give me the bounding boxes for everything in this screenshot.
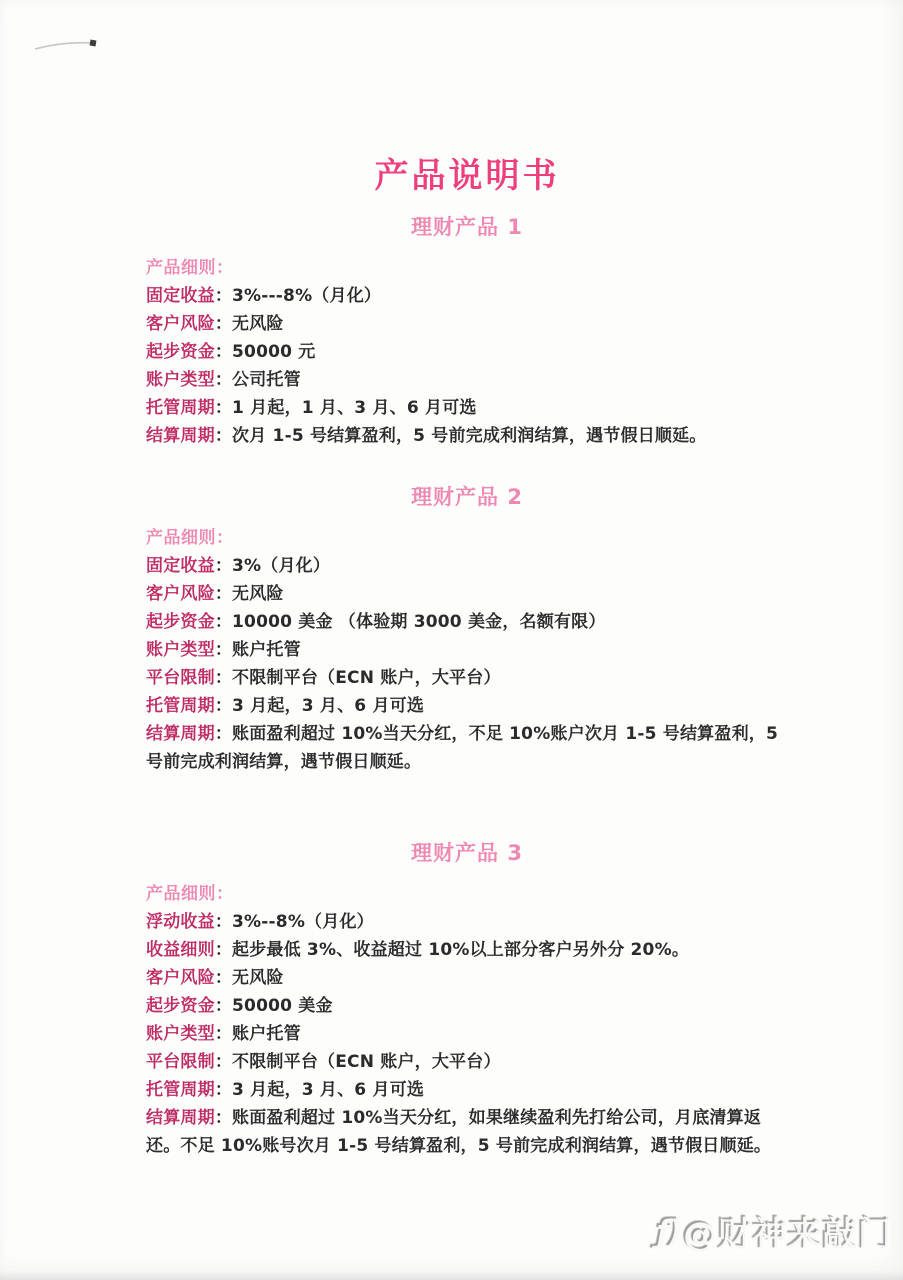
colon-separator: ： bbox=[215, 968, 232, 988]
colon-separator: ： bbox=[215, 314, 232, 334]
colon-separator: ： bbox=[215, 940, 232, 960]
spec-row: 账户类型：账户托管 bbox=[146, 636, 788, 664]
spec-value: 账户托管 bbox=[232, 640, 301, 660]
spec-label: 起步资金 bbox=[146, 342, 215, 362]
section-intro: 产品细则： bbox=[146, 524, 788, 552]
spec-row: 托管周期：3 月起，3 月、6 月可选 bbox=[146, 692, 788, 720]
spec-row: 收益细则：起步最低 3%、收益超过 10%以上部分客户另外分 20%。 bbox=[146, 936, 788, 964]
spec-row: 固定收益：3%---8%（月化） bbox=[146, 282, 788, 310]
spec-value: 10000 美金 （体验期 3000 美金，名额有限） bbox=[232, 612, 606, 632]
spec-value: 不限制平台（ECN 账户，大平台） bbox=[232, 1052, 501, 1072]
scan-scratch-artifact bbox=[32, 36, 106, 58]
spec-row: 起步资金：10000 美金 （体验期 3000 美金，名额有限） bbox=[146, 608, 788, 636]
spec-label: 客户风险 bbox=[146, 314, 215, 334]
spec-label: 固定收益 bbox=[146, 556, 215, 576]
spec-label: 起步资金 bbox=[146, 996, 215, 1016]
colon-separator: ： bbox=[215, 398, 232, 418]
colon-separator: ： bbox=[215, 640, 232, 660]
colon-separator: ： bbox=[215, 996, 232, 1016]
spec-label: 托管周期 bbox=[146, 696, 215, 716]
spec-row: 托管周期：3 月起，3 月、6 月可选 bbox=[146, 1076, 788, 1104]
spec-value: 无风险 bbox=[232, 314, 284, 334]
section-subtitle: 理财产品 3 bbox=[146, 838, 788, 868]
colon-separator: ： bbox=[215, 1024, 232, 1044]
spec-value: 账面盈利超过 10%当天分红，不足 10%账户次月 1-5 号结算盈利，5 号前… bbox=[146, 724, 778, 772]
colon-separator: ： bbox=[215, 724, 232, 744]
spec-row: 固定收益：3%（月化） bbox=[146, 552, 788, 580]
spec-value: 公司托管 bbox=[232, 370, 301, 390]
spec-row: 结算周期：账面盈利超过 10%当天分红，不足 10%账户次月 1-5 号结算盈利… bbox=[146, 720, 788, 776]
colon-separator: ： bbox=[215, 612, 232, 632]
spec-label: 托管周期 bbox=[146, 1080, 215, 1100]
spec-label: 托管周期 bbox=[146, 398, 215, 418]
product-section-3: 理财产品 3 产品细则： 浮动收益：3%--8%（月化） 收益细则：起步最低 3… bbox=[146, 838, 788, 1160]
spec-label: 账户类型 bbox=[146, 640, 215, 660]
scanned-document-page: 产品说明书 理财产品 1 产品细则： 固定收益：3%---8%（月化） 客户风险… bbox=[0, 0, 903, 1280]
scan-edge-shadow bbox=[0, 1270, 903, 1280]
spec-row: 账户类型：账户托管 bbox=[146, 1020, 788, 1048]
spec-label: 账户类型 bbox=[146, 1024, 215, 1044]
colon-separator: ： bbox=[215, 556, 232, 576]
watermark-handle: @财神来敲门 bbox=[683, 1207, 893, 1256]
spec-row: 客户风险：无风险 bbox=[146, 310, 788, 338]
spec-row: 起步资金：50000 元 bbox=[146, 338, 788, 366]
spec-value: 50000 元 bbox=[232, 342, 315, 362]
spec-value: 账面盈利超过 10%当天分红，如果继续盈利先打给公司，月底清算返还。不足 10%… bbox=[146, 1108, 771, 1156]
spec-value: 账户托管 bbox=[232, 1024, 301, 1044]
spec-value: 3 月起，3 月、6 月可选 bbox=[232, 696, 424, 716]
watermark-logo-icon: ƒ) bbox=[656, 1213, 681, 1251]
spec-label: 结算周期 bbox=[146, 724, 215, 744]
colon-separator: ： bbox=[215, 286, 232, 306]
document-content: 产品说明书 理财产品 1 产品细则： 固定收益：3%---8%（月化） 客户风险… bbox=[146, 156, 788, 1160]
colon-separator: ： bbox=[215, 668, 232, 688]
spec-row: 起步资金：50000 美金 bbox=[146, 992, 788, 1020]
spec-value: 3 月起，3 月、6 月可选 bbox=[232, 1080, 424, 1100]
spec-value: 不限制平台（ECN 账户，大平台） bbox=[232, 668, 501, 688]
section-intro: 产品细则： bbox=[146, 254, 788, 282]
spec-row: 结算周期：次月 1-5 号结算盈利，5 号前完成利润结算，遇节假日顺延。 bbox=[146, 422, 788, 450]
spec-value: 1 月起，1 月、3 月、6 月可选 bbox=[232, 398, 477, 418]
page-title: 产品说明书 bbox=[146, 156, 788, 196]
spec-value: 起步最低 3%、收益超过 10%以上部分客户另外分 20%。 bbox=[232, 940, 689, 960]
spec-row: 浮动收益：3%--8%（月化） bbox=[146, 908, 788, 936]
product-section-2: 理财产品 2 产品细则： 固定收益：3%（月化） 客户风险：无风险 起步资金：1… bbox=[146, 482, 788, 776]
spec-label: 收益细则 bbox=[146, 940, 215, 960]
spec-label: 固定收益 bbox=[146, 286, 215, 306]
spec-row: 平台限制：不限制平台（ECN 账户，大平台） bbox=[146, 664, 788, 692]
spec-value: 次月 1-5 号结算盈利，5 号前完成利润结算，遇节假日顺延。 bbox=[232, 426, 707, 446]
spec-row: 托管周期：1 月起，1 月、3 月、6 月可选 bbox=[146, 394, 788, 422]
spec-label: 平台限制 bbox=[146, 668, 215, 688]
spec-value: 50000 美金 bbox=[232, 996, 333, 1016]
colon-separator: ： bbox=[215, 912, 232, 932]
colon-separator: ： bbox=[215, 584, 232, 604]
spec-label: 结算周期 bbox=[146, 426, 215, 446]
spec-value: 无风险 bbox=[232, 584, 284, 604]
spec-label: 浮动收益 bbox=[146, 912, 215, 932]
spec-value: 3%---8%（月化） bbox=[232, 286, 381, 306]
spec-value: 3%--8%（月化） bbox=[232, 912, 374, 932]
spec-value: 3%（月化） bbox=[232, 556, 330, 576]
colon-separator: ： bbox=[215, 1080, 232, 1100]
section-intro: 产品细则： bbox=[146, 880, 788, 908]
spec-value: 无风险 bbox=[232, 968, 284, 988]
spec-row: 结算周期：账面盈利超过 10%当天分红，如果继续盈利先打给公司，月底清算返还。不… bbox=[146, 1104, 788, 1160]
spec-label: 客户风险 bbox=[146, 968, 215, 988]
spec-row: 客户风险：无风险 bbox=[146, 964, 788, 992]
spec-row: 账户类型：公司托管 bbox=[146, 366, 788, 394]
spec-label: 平台限制 bbox=[146, 1052, 215, 1072]
watermark: ƒ) @财神来敲门 bbox=[656, 1207, 893, 1256]
spec-label: 起步资金 bbox=[146, 612, 215, 632]
product-section-1: 理财产品 1 产品细则： 固定收益：3%---8%（月化） 客户风险：无风险 起… bbox=[146, 212, 788, 450]
colon-separator: ： bbox=[215, 370, 232, 390]
colon-separator: ： bbox=[215, 1108, 232, 1128]
colon-separator: ： bbox=[215, 1052, 232, 1072]
section-subtitle: 理财产品 2 bbox=[146, 482, 788, 512]
section-subtitle: 理财产品 1 bbox=[146, 212, 788, 242]
spec-label: 结算周期 bbox=[146, 1108, 215, 1128]
spec-row: 客户风险：无风险 bbox=[146, 580, 788, 608]
spec-row: 平台限制：不限制平台（ECN 账户，大平台） bbox=[146, 1048, 788, 1076]
colon-separator: ： bbox=[215, 696, 232, 716]
spec-label: 客户风险 bbox=[146, 584, 215, 604]
colon-separator: ： bbox=[215, 426, 232, 446]
spec-label: 账户类型 bbox=[146, 370, 215, 390]
colon-separator: ： bbox=[215, 342, 232, 362]
